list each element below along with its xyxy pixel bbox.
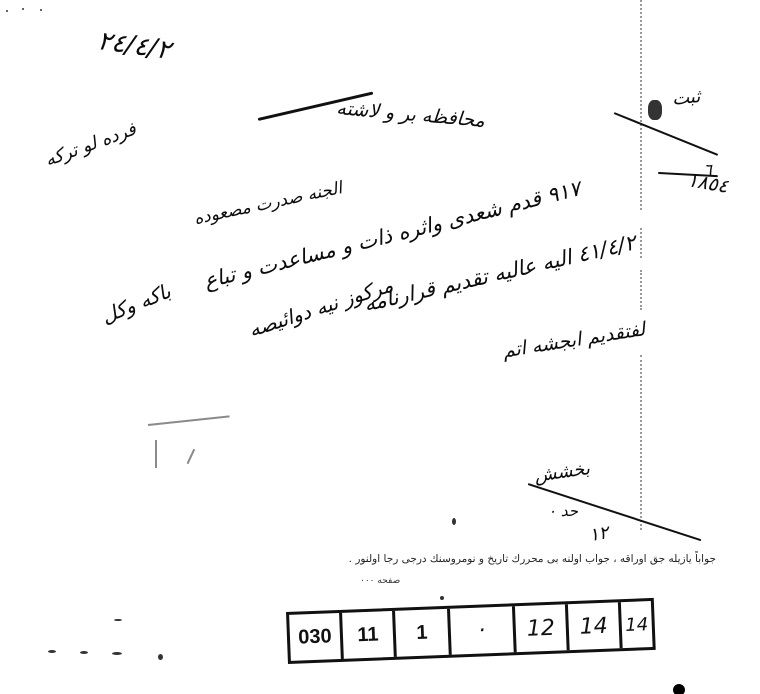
archive-reference-box: 030 11 1 · 12 14 14 — [286, 598, 656, 664]
ink-blot — [673, 684, 685, 694]
scanned-document-page: ٢٤/٤/٢ محافظه بر و لاشته فرده لو تركه ٩١… — [0, 0, 760, 694]
left-marginal-note: باكه وكل — [98, 279, 174, 328]
ink-speck — [452, 518, 456, 525]
fold-line-segment — [640, 228, 642, 258]
archive-blank-cell: · — [450, 606, 517, 654]
body-line-2-continuation: الجنه صدرت مصعوده — [192, 178, 344, 229]
ink-dash — [48, 650, 56, 653]
fraction-bottom: ١٨٥٤ — [686, 169, 730, 198]
faint-pencil-stroke — [155, 440, 157, 468]
printed-footer-instruction: جواباً يازيله جق اوراقه ، جواب اولنه بی … — [296, 553, 716, 565]
faint-pencil-stroke — [148, 415, 230, 426]
ink-dash — [158, 654, 163, 660]
lower-right-number: ١٢ — [587, 522, 610, 546]
faint-pencil-stroke — [187, 449, 196, 464]
right-margin-diagonal-stroke — [614, 112, 719, 156]
archive-file-number: 14 — [568, 602, 623, 650]
ink-dash — [114, 619, 122, 621]
archive-box-number: 12 — [515, 604, 570, 652]
top-left-date: ٢٤/٤/٢ — [95, 26, 172, 66]
archive-item-number: 14 — [621, 601, 653, 648]
ink-dash — [112, 652, 122, 655]
archive-series-code: 11 — [342, 611, 397, 659]
body-line-4: لفتقديم ابجشه اتم — [501, 318, 647, 362]
ink-speck — [440, 596, 444, 600]
ink-blot — [648, 100, 662, 120]
lower-right-sub: حد ٠ — [548, 502, 578, 520]
scan-speck — [22, 8, 24, 10]
fold-line-lower — [640, 355, 642, 530]
fold-line-top — [640, 0, 642, 210]
ink-dash — [80, 651, 88, 654]
lower-right-note: بخشش — [533, 458, 591, 487]
archive-subseries-code: 1 — [395, 609, 452, 657]
fold-line-segment — [640, 270, 642, 310]
scan-speck — [6, 10, 8, 12]
archive-fond-code: 030 — [289, 613, 344, 661]
body-line-1-continuation: فرده لو تركه — [42, 119, 139, 171]
scan-speck — [40, 9, 42, 11]
right-margin-mark: ثبت — [671, 86, 701, 110]
printed-footer-sub: صفحه ٠٠٠ — [360, 576, 400, 586]
heading-line: محافظه بر و لاشته — [336, 97, 486, 132]
